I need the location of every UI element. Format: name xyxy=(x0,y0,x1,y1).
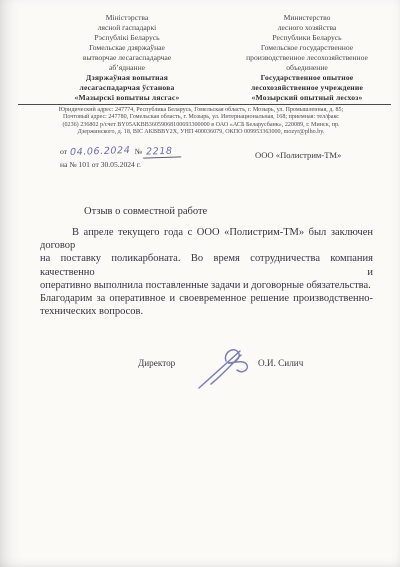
letter-title: Отзыв о совместной работе xyxy=(84,206,207,217)
letterhead-divider-rule xyxy=(18,104,391,105)
letterhead-line: вытворчае лесагаспадарчае xyxy=(28,53,226,63)
org-name-line: лесохозяйственное учреждение xyxy=(222,83,392,93)
reply-reference-line: на № 101 от 30.05.2024 г. xyxy=(60,160,181,169)
org-name-belarusian: Дзяржаўная вопытная лесагаспадарчая ўста… xyxy=(28,73,226,103)
body-line: технических вопросов. xyxy=(40,305,373,318)
letterhead-line: Рэспублікі Беларусь xyxy=(28,33,226,43)
recipient-name: ООО «Полистрим-ТМ» xyxy=(255,150,341,160)
letterhead-line: лесного хозяйства xyxy=(222,23,392,33)
address-line: Почтовый адрес: 247780, Гомельская облас… xyxy=(12,114,390,121)
body-line: Благодарим за оперативное и своевременно… xyxy=(40,292,373,305)
org-name-russian: Государственное опытное лесохозяйственно… xyxy=(222,73,392,103)
org-name-line: Государственное опытное xyxy=(222,73,392,83)
outgoing-ref-row: от04.06.2024№2218 xyxy=(60,146,181,158)
org-name-line: «Мозырский опытный лесхоз» xyxy=(222,93,392,103)
body-line: В апреле текущего года с ООО «Полистрим-… xyxy=(40,226,373,252)
org-name-line: Дзяржаўная вопытная xyxy=(28,73,226,83)
address-block: Юридический адрес: 247774, Республика Бе… xyxy=(12,107,390,137)
from-label: от xyxy=(60,147,67,156)
handwritten-number: 2218 xyxy=(143,145,181,158)
letterhead-line: Гомельское государственное xyxy=(222,43,392,53)
signatory-position: Директор xyxy=(138,358,175,368)
letter-body: В апреле текущего года с ООО «Полистрим-… xyxy=(40,226,373,318)
letterhead-line: производственное лесохозяйственное xyxy=(222,53,392,63)
letterhead-line: объединение xyxy=(222,63,392,73)
letterhead-line: Министерство xyxy=(222,13,392,23)
reference-block: от04.06.2024№2218 на № 101 от 30.05.2024… xyxy=(60,146,181,169)
address-line: (0236) 236802 р/счет BY05AKBB36059068100… xyxy=(12,122,390,129)
letterhead-line: Міністэрства xyxy=(28,13,226,23)
handwritten-date: 04.06.2024 xyxy=(70,145,131,158)
number-label: № xyxy=(135,147,142,156)
org-name-line: лесагаспадарчая ўстанова xyxy=(28,83,226,93)
signatory-name: О.И. Силич xyxy=(258,358,303,368)
letterhead-belarusian: Міністэрства лясной гаспадаркі Рэспублік… xyxy=(28,13,226,103)
handwritten-signature xyxy=(196,338,260,392)
org-name-line: «Мазырскі вопытны лясгас» xyxy=(28,93,226,103)
body-line: на поставку поликарбоната. Во время сотр… xyxy=(40,252,373,278)
letterhead-line: Гомельскае дзяржаўнае xyxy=(28,43,226,53)
letterhead-line: аб’яднанне xyxy=(28,63,226,73)
letterhead-line: лясной гаспадаркі xyxy=(28,23,226,33)
letterhead-russian: Министерство лесного хозяйства Республик… xyxy=(222,13,392,103)
body-line: оперативно выполнила поставленные задачи… xyxy=(40,279,373,292)
letterhead-line: Республики Беларусь xyxy=(222,33,392,43)
address-line: Дзержинского, д. 18, BIC AKBBBY2X, УНП 4… xyxy=(12,129,390,136)
scanned-letter-page: Міністэрства лясной гаспадаркі Рэспублік… xyxy=(0,0,400,567)
